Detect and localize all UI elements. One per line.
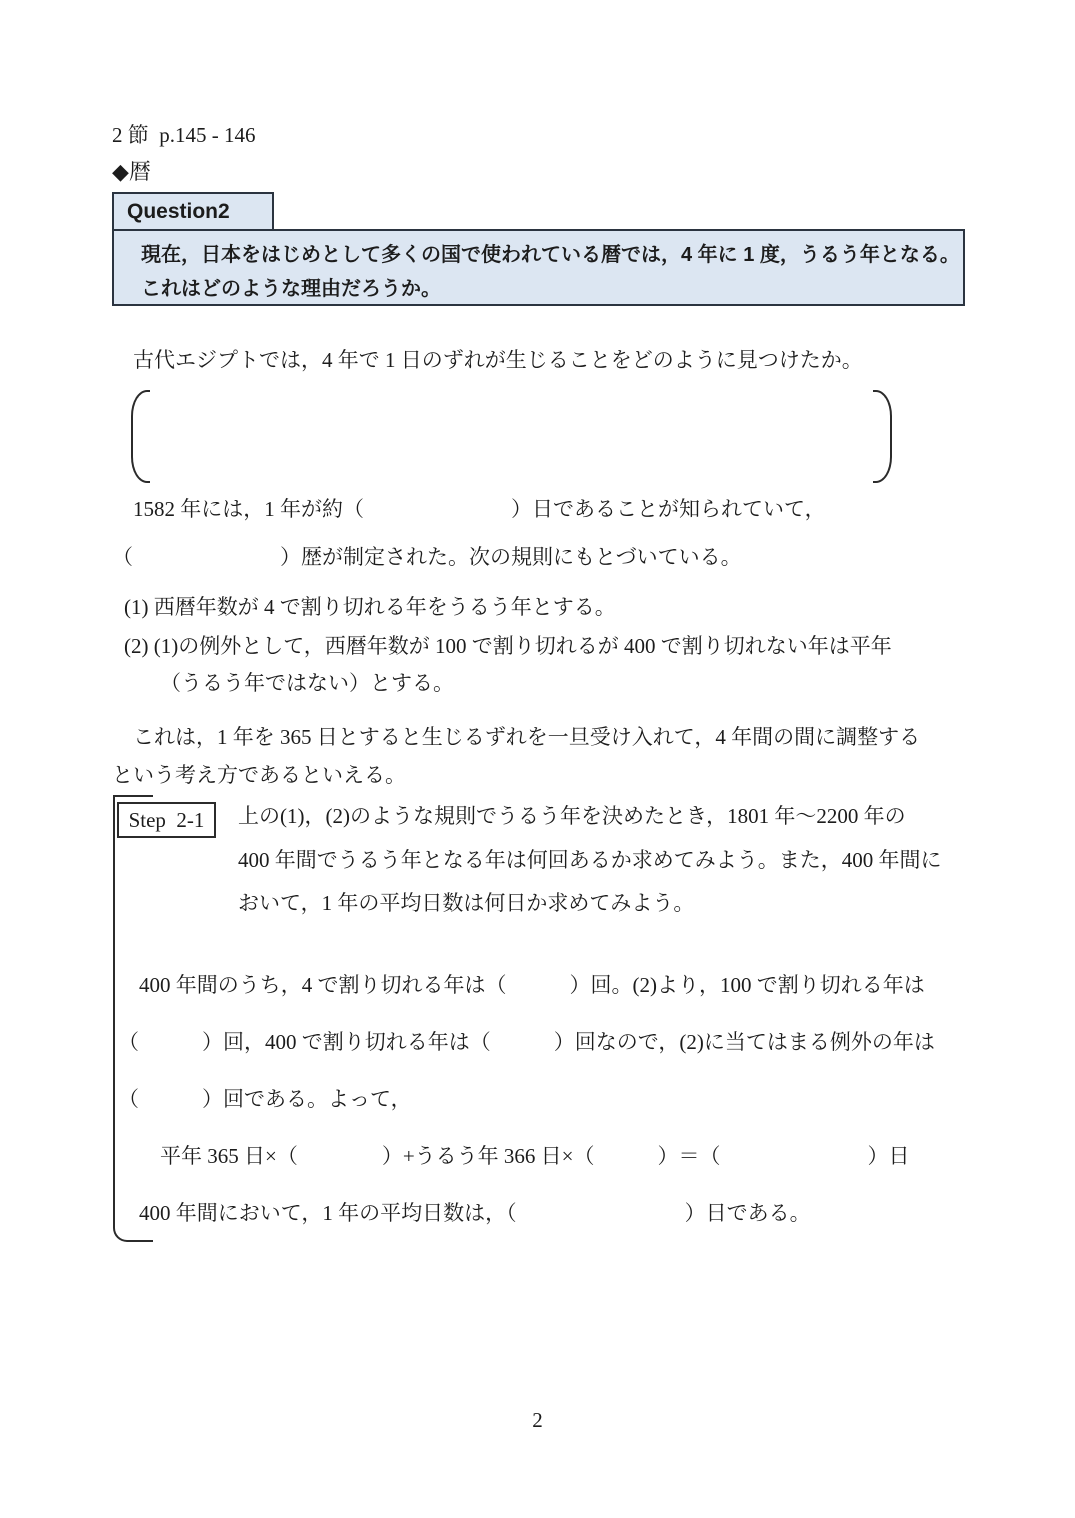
- question-text-line1: 現在，日本をはじめとして多くの国で使われている暦では，4 年に 1 度，うるう年…: [141, 238, 949, 272]
- step-line3: おいて，1 年の平均日数は何日か求めてみよう。: [238, 888, 694, 918]
- worksheet-page: 2 節 p.145 - 146 ◆暦 Question2 現在，日本をはじめとし…: [0, 0, 1075, 1518]
- step-label: Step 2-1: [117, 802, 216, 838]
- answer-paren-right-icon: [873, 390, 892, 483]
- page-header: 2 節 p.145 - 146: [112, 120, 256, 150]
- question-box: 現在，日本をはじめとして多くの国で使われている暦では，4 年に 1 度，うるう年…: [112, 229, 965, 306]
- step-line2: 400 年間でうるう年となる年は何回あるか求めてみよう。また，400 年間に: [238, 845, 942, 875]
- rule-2-line1: (2) (1)の例外として，西暦年数が 100 で割り切れるが 400 で割り切…: [124, 631, 892, 661]
- section-title: ◆暦: [112, 157, 151, 187]
- work-line3: （ ）回である。よって，: [118, 1084, 412, 1114]
- question-text-line2: これはどのような理由だろうか。: [141, 272, 949, 306]
- year1582-line2: （ ）歴が制定された。次の規則にもとづいている。: [112, 542, 742, 572]
- step-section-bracket: [113, 795, 153, 1242]
- answer-paren-left-icon: [131, 390, 150, 483]
- question-tab: Question2: [112, 192, 274, 229]
- step-line1: 上の(1)，(2)のような規則でうるう年を決めたとき，1801 年～2200 年…: [238, 801, 906, 831]
- work-line1: 400 年間のうち，4 で割り切れる年は（ ）回。(2)より，100 で割り切れ…: [118, 970, 925, 1000]
- formula-line: 平年 365 日×（ ）+うるう年 366 日×（ ）＝（ ）日: [118, 1141, 910, 1171]
- average-line: 400 年間において，1 年の平均日数は，（ ）日である。: [118, 1198, 811, 1228]
- summary-line1: これは，1 年を 365 日とすると生じるずれを一旦受け入れて，4 年間の間に調…: [112, 722, 920, 752]
- egypt-prompt: 古代エジプトでは，4 年で 1 日のずれが生じることをどのように見つけたか。: [112, 345, 863, 375]
- page-number: 2: [0, 1408, 1075, 1433]
- year1582-line1: 1582 年には，1 年が約（ ）日であることが知られていて，: [112, 494, 826, 524]
- rule-1: (1) 西暦年数が 4 で割り切れる年をうるう年とする。: [124, 592, 616, 622]
- work-line2: （ ）回，400 で割り切れる年は（ ）回なので，(2)に当てはまる例外の年は: [118, 1027, 935, 1057]
- summary-line2: という考え方であるといえる。: [112, 760, 406, 790]
- rule-2-line2: （うるう年ではない）とする。: [160, 668, 454, 698]
